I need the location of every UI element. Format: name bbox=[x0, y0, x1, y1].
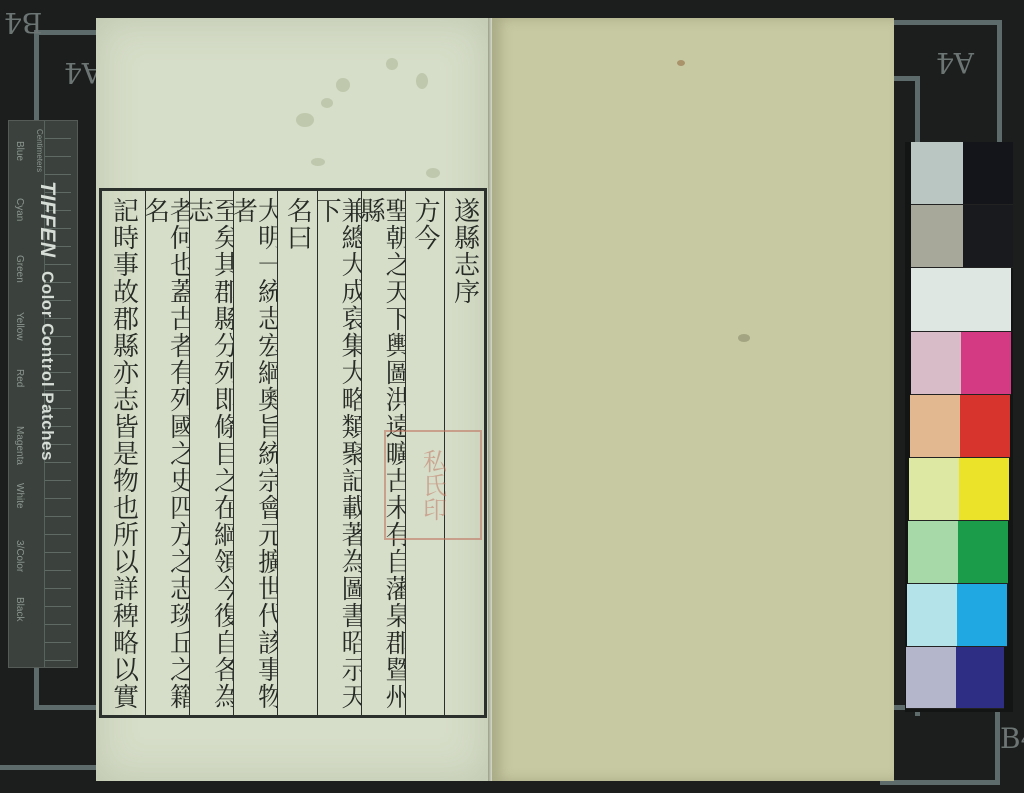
color-patch bbox=[958, 521, 1008, 584]
text-column: 大明一統志宏綱奧旨統宗會元擴世代該事物者 bbox=[233, 191, 277, 715]
color-patch bbox=[911, 332, 961, 395]
color-name: Cyan bbox=[14, 198, 25, 255]
foxing-spot bbox=[321, 98, 333, 108]
foxing-spot bbox=[386, 58, 398, 70]
color-patch bbox=[911, 205, 963, 268]
mat-label: A4 bbox=[936, 46, 974, 79]
color-name: White bbox=[14, 483, 25, 540]
mat-guide-frame-bottom-right bbox=[880, 705, 1000, 785]
foxing-spot bbox=[296, 113, 314, 127]
color-patch bbox=[907, 584, 957, 647]
color-patch bbox=[956, 647, 1004, 709]
book-left-page: 遂縣志序 方今 聖朝之天下輿圖洪遠曠古未有自藩臬郡暨州縣 兼總大成裒集大略類聚記… bbox=[96, 18, 488, 781]
paper-blemish bbox=[677, 60, 685, 66]
mat-guide-frame-bottom bbox=[0, 730, 104, 770]
mat-label: B4 bbox=[1000, 722, 1024, 755]
color-name: Blue bbox=[14, 141, 25, 198]
color-patch bbox=[963, 142, 1013, 205]
tiffen-color-control-strip: Blue Cyan Green Yellow Red Magenta White… bbox=[8, 120, 78, 668]
paper-blemish bbox=[738, 334, 750, 342]
color-name-list: Blue Cyan Green Yellow Red Magenta White… bbox=[14, 141, 25, 654]
centimeters-label: Centimeters bbox=[35, 129, 44, 172]
text-column: 至矣其郡縣分列即條目之在綱領今復自各為志 bbox=[189, 191, 233, 715]
text-column: 者何也蓋古者有列國之史四方之志琰丘之籍名 bbox=[145, 191, 189, 715]
color-reference-chart bbox=[905, 142, 1013, 712]
color-patch bbox=[960, 395, 1010, 458]
color-patch bbox=[959, 458, 1009, 521]
color-name: Magenta bbox=[14, 426, 25, 483]
red-collector-seal: 私氏印 bbox=[384, 430, 482, 540]
color-patch bbox=[910, 395, 960, 458]
text-column: 名曰 bbox=[277, 191, 317, 715]
book-right-page-blank bbox=[492, 18, 894, 781]
tiffen-logo: TIFFEN bbox=[36, 181, 59, 258]
color-patch bbox=[911, 142, 963, 205]
color-name: Red bbox=[14, 369, 25, 426]
color-patch bbox=[957, 584, 1007, 647]
foxing-spot bbox=[336, 78, 350, 92]
color-name: Black bbox=[14, 597, 25, 654]
tiffen-brand-title: TIFFEN Color Control Patches bbox=[35, 181, 59, 461]
text-column: 記時事故郡縣亦志皆是物也所以詳稗略以實 bbox=[102, 191, 145, 715]
text-column: 兼總大成裒集大略類聚記載著為圖書昭示天下 bbox=[317, 191, 361, 715]
strip-title: Color Control Patches bbox=[38, 271, 57, 461]
color-patch bbox=[961, 332, 1011, 395]
color-patch bbox=[911, 268, 1011, 332]
color-name: Yellow bbox=[14, 312, 25, 369]
mat-label: B4 bbox=[4, 6, 42, 39]
foxing-spot bbox=[426, 168, 440, 178]
color-patch bbox=[909, 458, 959, 521]
color-patch bbox=[906, 647, 956, 709]
foxing-spot bbox=[416, 73, 428, 89]
foxing-spot bbox=[311, 158, 325, 166]
color-patch bbox=[908, 521, 958, 584]
color-patch bbox=[963, 205, 1013, 268]
color-name: 3/Color bbox=[14, 540, 25, 597]
color-name: Green bbox=[14, 255, 25, 312]
